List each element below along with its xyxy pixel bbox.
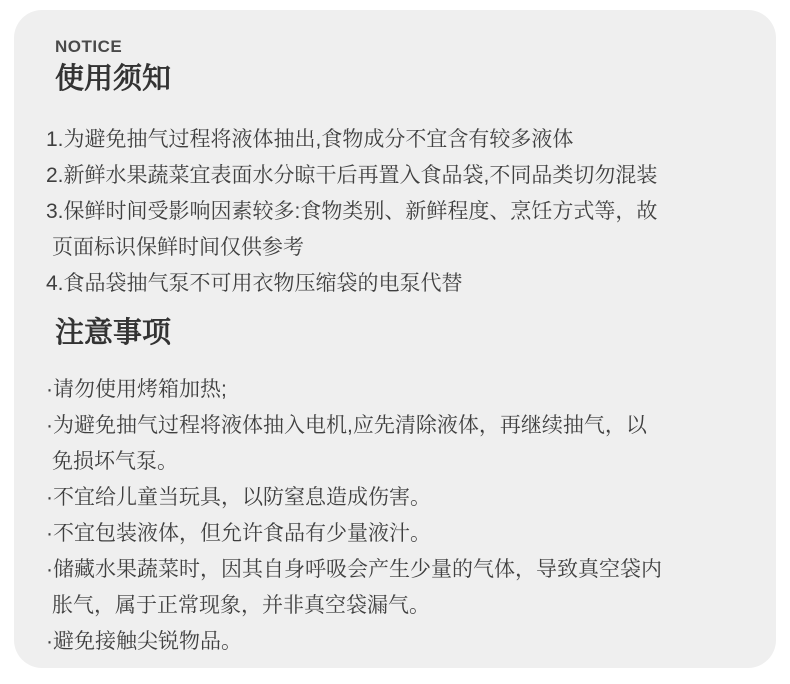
notice-line: 胀气，属于正常现象，并非真空袋漏气。 [46, 588, 748, 624]
notice-line: ·避免接触尖锐物品。 [46, 624, 748, 660]
notice-line: ·请勿使用烤箱加热; [46, 372, 748, 408]
notice-line: ·储藏水果蔬菜时，因其自身呼吸会产生少量的气体，导致真空袋内 [46, 552, 748, 588]
notice-card: NOTICE 使用须知 1.为避免抽气过程将液体抽出,食物成分不宜含有较多液体2… [14, 10, 776, 668]
notice-line: ·不宜包装液体，但允许食品有少量液汁。 [46, 516, 748, 552]
precautions-title: 注意事项 [55, 314, 748, 352]
notice-line: 4.食品袋抽气泵不可用衣物压缩袋的电泵代替 [46, 266, 748, 302]
precautions-list: ·请勿使用烤箱加热;·为避免抽气过程将液体抽入电机,应先清除液体，再继续抽气，以… [46, 372, 748, 660]
usage-notice-list: 1.为避免抽气过程将液体抽出,食物成分不宜含有较多液体2.新鲜水果蔬菜宜表面水分… [46, 122, 748, 302]
usage-notice-title: 使用须知 [55, 60, 748, 98]
notice-eyebrow: NOTICE [55, 36, 748, 58]
notice-line: 3.保鲜时间受影响因素较多:食物类别、新鲜程度、烹饪方式等，故 [46, 194, 748, 230]
notice-line: 页面标识保鲜时间仅供参考 [46, 230, 748, 266]
notice-line: 2.新鲜水果蔬菜宜表面水分晾干后再置入食品袋,不同品类切勿混装 [46, 158, 748, 194]
notice-line: 1.为避免抽气过程将液体抽出,食物成分不宜含有较多液体 [46, 122, 748, 158]
notice-line: ·为避免抽气过程将液体抽入电机,应先清除液体，再继续抽气，以 [46, 408, 748, 444]
notice-line: ·不宜给儿童当玩具，以防窒息造成伤害。 [46, 480, 748, 516]
notice-line: 免损坏气泵。 [46, 444, 748, 480]
